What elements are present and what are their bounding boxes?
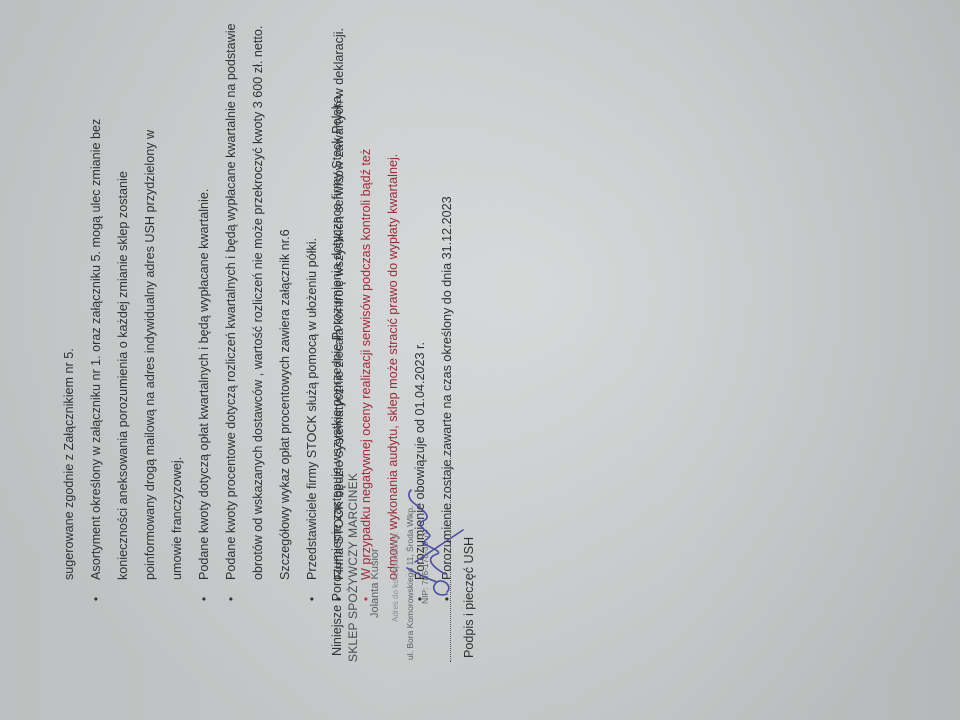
bullet-item: •Podane kwoty procentowe dotyczą rozlicz… xyxy=(218,42,299,602)
bullet-dot-icon: • xyxy=(191,594,218,604)
handwritten-signature xyxy=(385,472,465,602)
bullet-text-line: konieczności aneksowania porozumienia o … xyxy=(110,42,137,580)
bullet-text-line: Szczegółowy wykaz opłat procentowych zaw… xyxy=(272,42,299,580)
bullet-text-line: poinformowany drogą mailową na adres ind… xyxy=(137,42,164,580)
bullet-item: •Asortyment określony w załączniku nr 1.… xyxy=(83,42,191,602)
bullet-text-line: Podane kwoty procentowe dotyczą rozlicze… xyxy=(218,42,245,580)
bullet-text-line: obrotów od wskazanych dostawców , wartoś… xyxy=(245,42,272,580)
bullet-dot-icon: • xyxy=(83,594,110,604)
bullet-text-line: umowie franczyzowej. xyxy=(164,42,191,580)
bullet-text-line: Asortyment określony w załączniku nr 1. … xyxy=(83,42,110,580)
stamp-company-name: SKLEP SPOŻYWCZY MARCINEK xyxy=(347,452,360,662)
bullet-dot-icon: • xyxy=(299,594,326,604)
signature-line xyxy=(450,450,451,662)
bullet-item: •Podane kwoty dotyczą opłat kwartalnych … xyxy=(191,42,218,602)
bullet-item: •Przedstawiciele firmy STOCK służą pomoc… xyxy=(299,42,326,602)
signature-caption: Podpis i pieczęć USH xyxy=(462,537,476,658)
document-page: sugerowane zgodnie z Załącznikiem nr 5. … xyxy=(0,0,960,720)
stamp-person-name: Jolanta Kusior xyxy=(369,452,382,618)
closing-statement: Niniejsze Porozumienie zastępuje wszystk… xyxy=(330,93,344,656)
bullet-text-line: Podane kwoty dotyczą opłat kwartalnych i… xyxy=(191,42,218,580)
bullet-text-line: Przedstawiciele firmy STOCK służą pomocą… xyxy=(299,42,326,580)
intro-line: sugerowane zgodnie z Załącznikiem nr 5. xyxy=(56,42,83,602)
bullet-dot-icon: • xyxy=(218,594,245,604)
